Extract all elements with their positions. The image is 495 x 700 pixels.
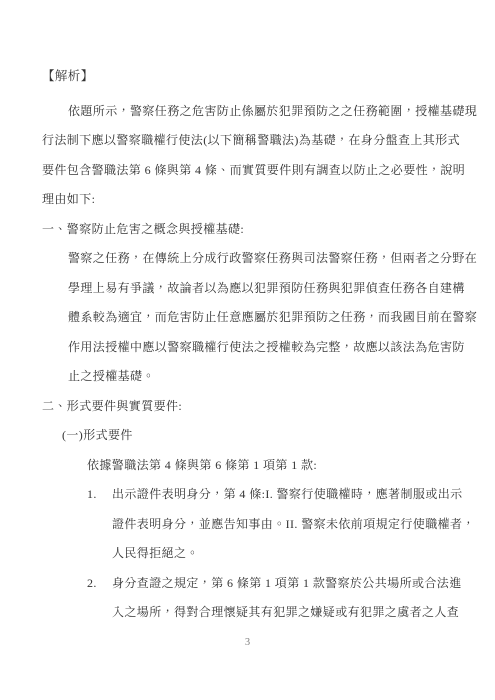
list-item-2-line-2: 入之場所，得對合理懷疑其有犯罪之嫌疑或有犯罪之虞者之人查: [112, 598, 457, 628]
list-item-1: 1.出示證件表明身分，第 4 條:I. 警察行使職權時，應著制服或出示: [87, 480, 457, 510]
subsection-1-intro: 依據警職法第 4 條與第 6 條第 1 項第 1 款:: [87, 451, 457, 481]
list-item-1-line-1: 出示證件表明身分，第 4 條:I. 警察行使職權時，應著制服或出示: [112, 487, 463, 501]
intro-line-3: 要件包含警職法第 6 條與第 4 條、而實質要件則有調查以防止之必要性，說明: [42, 156, 457, 186]
intro-line-4: 理由如下:: [42, 185, 457, 215]
list-item-2-number: 2.: [87, 569, 112, 599]
intro-line-1: 依題所示，警察任務之危害防止係屬於犯罪預防之之任務範圍，授權基礎現: [68, 97, 457, 127]
document-page: 【解析】 依題所示，警察任務之危害防止係屬於犯罪預防之之任務範圍，授權基礎現 行…: [0, 0, 495, 700]
list-item-1-line-2: 證件表明身分，並應告知事由。II. 警察未依前項規定行使職權者，: [112, 510, 457, 540]
page-number: 3: [0, 637, 495, 648]
section-1-body-line-5: 止之授權基礎。: [68, 362, 457, 392]
analysis-heading: 【解析】: [42, 62, 457, 92]
section-1-title: 一、警察防止危害之概念與授權基礎:: [42, 215, 457, 245]
section-1-body-line-4: 作用法授權中應以警察職權行使法之授權較為完整，故應以該法為危害防: [68, 333, 457, 363]
intro-line-2: 行法制下應以警察職權行使法(以下簡稱警職法)為基礎，在身分盤查上其形式: [42, 126, 457, 156]
section-1-body-line-1: 警察之任務，在傳統上分成行政警察任務與司法警察任務，但兩者之分野在: [68, 244, 457, 274]
list-item-2: 2.身分查證之規定，第 6 條第 1 項第 1 款警察於公共場所或合法進: [87, 569, 457, 599]
document-content: 【解析】 依題所示，警察任務之危害防止係屬於犯罪預防之之任務範圍，授權基礎現 行…: [0, 0, 495, 628]
section-1-body-line-2: 學理上易有爭議，故論者以為應以犯罪預防任務與犯罪偵查任務各自建構: [68, 274, 457, 304]
list-item-1-number: 1.: [87, 480, 112, 510]
list-item-2-line-1: 身分查證之規定，第 6 條第 1 項第 1 款警察於公共場所或合法進: [112, 576, 462, 590]
list-item-1-line-3: 人民得拒絕之。: [112, 539, 457, 569]
section-1-body-line-3: 體系較為適宜，而危害防止任意應屬於犯罪預防之任務，而我國目前在警察: [68, 303, 457, 333]
section-2-title: 二、形式要件與實質要件:: [42, 392, 457, 422]
subsection-1-title: (一)形式要件: [62, 421, 457, 451]
